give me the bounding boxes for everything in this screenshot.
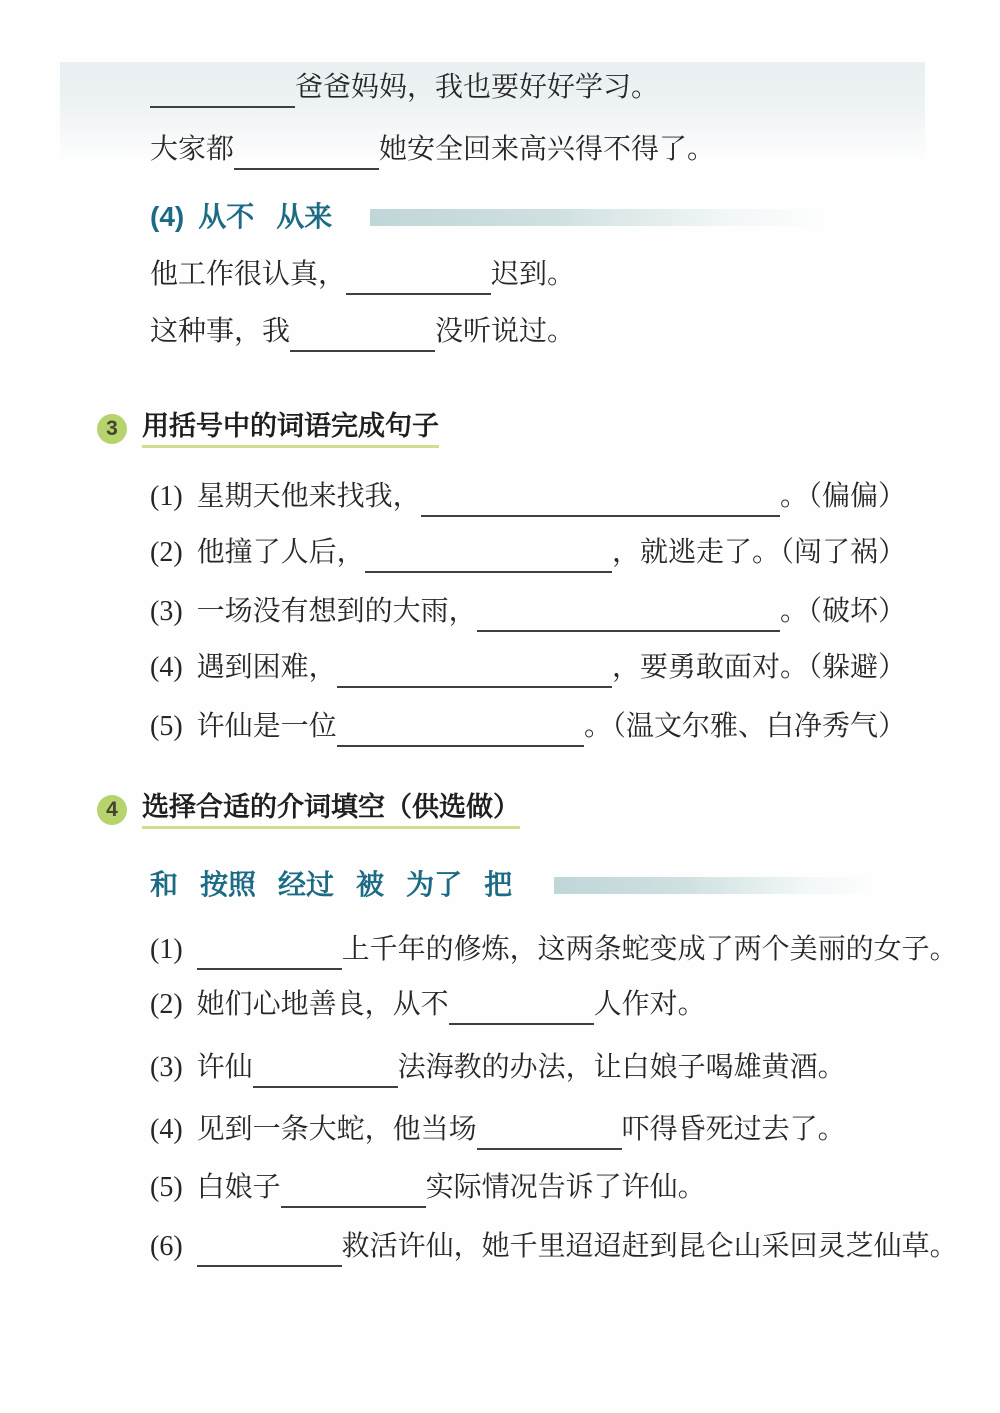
sentence-text: 这种事，我: [150, 314, 290, 350]
exercise-item: (1)上千年的修炼，这两条蛇变成了两个美丽的女子。: [150, 932, 958, 970]
exercise-item: (4)遇到困难，，要勇敢面对。（躲避）: [150, 650, 906, 688]
blank-underline[interactable]: [281, 1170, 426, 1208]
word-bank-word: 经过: [278, 867, 334, 903]
sentence-text: 人作对。: [594, 987, 706, 1023]
blank-underline[interactable]: [449, 987, 594, 1025]
bracket-word: 。（破坏）: [780, 594, 906, 630]
section-number-badge: 3: [97, 414, 127, 444]
bracket-word: ，要勇敢面对。（躲避）: [612, 650, 906, 686]
sentence-text: 许仙: [197, 1050, 253, 1086]
sentence-text: 遇到困难，: [197, 650, 337, 686]
sentence-text: 他工作很认真，: [150, 257, 346, 293]
item-number: (4): [150, 1112, 183, 1148]
blank-underline[interactable]: [234, 132, 379, 170]
sentence-text: 一场没有想到的大雨，: [197, 594, 477, 630]
sentence-text: 他撞了人后，: [197, 535, 365, 571]
word-bank-word: 把: [484, 867, 512, 903]
exercise-item: (5)白娘子实际情况告诉了许仙。: [150, 1170, 706, 1208]
exercise-item: (4)见到一条大蛇，他当场吓得昏死过去了。: [150, 1112, 846, 1150]
blank-underline[interactable]: [150, 70, 295, 108]
sentence-text: 迟到。: [491, 257, 575, 293]
exercise-item: (6)救活许仙，她千里迢迢赶到昆仑山采回灵芝仙草。: [150, 1229, 958, 1267]
blank-underline[interactable]: [477, 1112, 622, 1150]
pair-number: (4): [150, 199, 184, 235]
section-3-header: 3 用括号中的词语完成句子: [97, 410, 439, 448]
sentence-text: 大家都: [150, 132, 234, 168]
section-4-header: 4 选择合适的介词填空（供选做）: [97, 791, 520, 829]
sentence-text: 许仙是一位: [197, 709, 337, 745]
item-number: (3): [150, 1050, 183, 1086]
word-bank-word: 和: [150, 867, 178, 903]
blank-underline[interactable]: [197, 1229, 342, 1267]
item-number: (6): [150, 1229, 183, 1265]
word-pair-heading: (4) 从不 从来: [150, 199, 828, 235]
section-title: 用括号中的词语完成句子: [142, 410, 439, 448]
sentence-text: 见到一条大蛇，他当场: [197, 1112, 477, 1148]
gradient-bar: [554, 877, 876, 894]
sentence-text: 她们心地善良，从不: [197, 987, 449, 1023]
sentence-text: 星期天他来找我，: [197, 479, 421, 515]
blank-underline[interactable]: [290, 314, 435, 352]
item-number: (2): [150, 535, 183, 571]
item-number: (1): [150, 932, 183, 968]
item-number: (4): [150, 650, 183, 686]
item-number: (5): [150, 709, 183, 745]
exercise-item: (2)他撞了人后，，就逃走了。（闯了祸）: [150, 535, 906, 573]
blank-underline[interactable]: [421, 479, 780, 517]
item-number: (1): [150, 479, 183, 515]
exercise-item: (5)许仙是一位。（温文尔雅、白净秀气）: [150, 709, 906, 747]
sentence-text: 没听说过。: [435, 314, 575, 350]
exercise-item: (3)一场没有想到的大雨，。（破坏）: [150, 594, 906, 632]
blank-underline[interactable]: [337, 650, 612, 688]
word-bank: 和 按照 经过 被 为了 把: [150, 867, 876, 903]
item-number: (2): [150, 987, 183, 1023]
sentence-text: 救活许仙，她千里迢迢赶到昆仑山采回灵芝仙草。: [342, 1229, 958, 1265]
word-bank-word: 按照: [200, 867, 256, 903]
sentence-text: 她安全回来高兴得不得了。: [379, 132, 715, 168]
exercise-item: (1)星期天他来找我，。（偏偏）: [150, 479, 906, 517]
worksheet-page: 爸爸妈妈，我也要好好学习。 大家都她安全回来高兴得不得了。 (4) 从不 从来 …: [0, 0, 1000, 1413]
blank-underline[interactable]: [365, 535, 612, 573]
blank-underline[interactable]: [346, 257, 491, 295]
bracket-word: ，就逃走了。（闯了祸）: [612, 535, 906, 571]
sentence-row: 他工作很认真，迟到。: [150, 257, 575, 295]
pair-word: 从不: [198, 199, 254, 235]
section-title: 选择合适的介词填空（供选做）: [142, 791, 520, 829]
sentence-row: 这种事，我没听说过。: [150, 314, 575, 352]
sentence-text: 白娘子: [197, 1170, 281, 1206]
bracket-word: 。（偏偏）: [780, 479, 906, 515]
pair-word: 从来: [276, 199, 332, 235]
sentence-text: 爸爸妈妈，我也要好好学习。: [295, 70, 659, 106]
section-number-badge: 4: [97, 795, 127, 825]
blank-underline[interactable]: [337, 709, 584, 747]
item-number: (3): [150, 594, 183, 630]
gradient-bar: [370, 209, 828, 226]
exercise-item: (3)许仙法海教的办法，让白娘子喝雄黄酒。: [150, 1050, 846, 1088]
sentence-row: 大家都她安全回来高兴得不得了。: [150, 132, 715, 170]
sentence-text: 法海教的办法，让白娘子喝雄黄酒。: [398, 1050, 846, 1086]
sentence-text: 上千年的修炼，这两条蛇变成了两个美丽的女子。: [342, 932, 958, 968]
blank-underline[interactable]: [253, 1050, 398, 1088]
exercise-item: (2)她们心地善良，从不人作对。: [150, 987, 706, 1025]
item-number: (5): [150, 1170, 183, 1206]
word-bank-word: 为了: [406, 867, 462, 903]
sentence-text: 实际情况告诉了许仙。: [426, 1170, 706, 1206]
sentence-text: 吓得昏死过去了。: [622, 1112, 846, 1148]
word-bank-word: 被: [356, 867, 384, 903]
blank-underline[interactable]: [197, 932, 342, 970]
sentence-row: 爸爸妈妈，我也要好好学习。: [150, 70, 659, 108]
blank-underline[interactable]: [477, 594, 780, 632]
bracket-word: 。（温文尔雅、白净秀气）: [584, 709, 906, 745]
